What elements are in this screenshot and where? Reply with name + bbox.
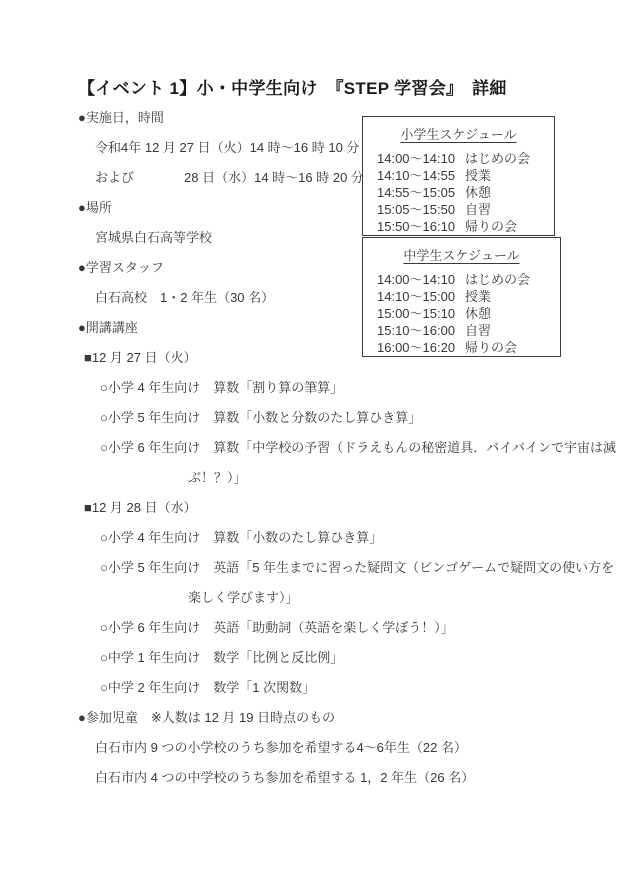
- schedule-row: 15:00～15:10休憩: [377, 305, 560, 322]
- schedule-time: 15:50～16:10: [377, 218, 465, 235]
- schedule-row: 14:00～14:10はじめの会: [377, 271, 560, 288]
- schedule-activity: 授業: [465, 288, 491, 305]
- participants-junior-high: 白石市内 4 つの中学校のうち参加を希望する 1，2 年生（26 名）: [0, 763, 630, 793]
- heading-participants: ●参加児童 ※人数は 12 月 19 日時点のもの: [0, 703, 630, 733]
- schedule-time: 14:10～14:55: [377, 167, 465, 184]
- course-item-continuation: 楽しく学びます）」: [0, 583, 630, 613]
- document-title: 【イベント 1】小・中学生向け 『STEP 学習会』 詳細: [78, 74, 507, 99]
- elementary-schedule-title: 小学生スケジュール: [363, 124, 554, 143]
- schedule-activity: 休憩: [465, 305, 491, 322]
- course-item: ○小学 6 年生向け 算数「中学校の予習（ドラえもんの秘密道具．バイバインで宇宙…: [0, 433, 630, 463]
- datetime-day2-main: 28 日（水）14 時～16 時 20 分: [184, 170, 364, 185]
- schedule-time: 14:00～14:10: [377, 271, 465, 288]
- schedule-row: 15:05～15:50自習: [377, 201, 554, 218]
- schedule-row: 14:00～14:10はじめの会: [377, 150, 554, 167]
- schedule-activity: 自習: [465, 322, 491, 339]
- schedule-time: 14:55～15:05: [377, 184, 465, 201]
- schedule-row: 15:50～16:10帰りの会: [377, 218, 554, 235]
- schedule-activity: 自習: [465, 201, 491, 218]
- course-item: ○小学 5 年生向け 算数「小数と分数のたし算ひき算」: [0, 403, 630, 433]
- junior-high-schedule-rows: 14:00～14:10はじめの会 14:10～15:00授業 15:00～15:…: [363, 271, 560, 356]
- datetime-day2-prefix: および: [95, 170, 134, 185]
- schedule-row: 14:10～15:00授業: [377, 288, 560, 305]
- course-item: ○小学 4 年生向け 算数「小数のたし算ひき算」: [0, 523, 630, 553]
- schedule-time: 15:10～16:00: [377, 322, 465, 339]
- schedule-activity: 授業: [465, 167, 491, 184]
- course-item: ○小学 4 年生向け 算数「割り算の筆算」: [0, 373, 630, 403]
- schedule-activity: はじめの会: [465, 271, 530, 288]
- schedule-row: 15:10～16:00自習: [377, 322, 560, 339]
- schedule-activity: 帰りの会: [465, 339, 517, 356]
- schedule-row: 14:55～15:05休憩: [377, 184, 554, 201]
- course-item-continuation: ぶ！？）」: [0, 463, 630, 493]
- course-item: ○中学 2 年生向け 数学「1 次関数」: [0, 673, 630, 703]
- courses-day2-heading: ■12 月 28 日（水）: [0, 493, 630, 523]
- course-item: ○小学 5 年生向け 英語「5 年生までに習った疑問文（ビンゴゲームで疑問文の使…: [0, 553, 630, 583]
- junior-high-schedule-box: 中学生スケジュール 14:00～14:10はじめの会 14:10～15:00授業…: [362, 237, 561, 357]
- schedule-time: 15:00～15:10: [377, 305, 465, 322]
- participants-elementary: 白石市内 9 つの小学校のうち参加を希望する4～6年生（22 名）: [0, 733, 630, 763]
- elementary-schedule-box: 小学生スケジュール 14:00～14:10はじめの会 14:10～14:55授業…: [362, 116, 555, 236]
- course-item: ○中学 1 年生向け 数学「比例と反比例」: [0, 643, 630, 673]
- schedule-row: 14:10～14:55授業: [377, 167, 554, 184]
- schedule-time: 15:05～15:50: [377, 201, 465, 218]
- schedule-activity: 帰りの会: [465, 218, 517, 235]
- course-item: ○小学 6 年生向け 英語「助動詞（英語を楽しく学ぼう！）」: [0, 613, 630, 643]
- document-page: 【イベント 1】小・中学生向け 『STEP 学習会』 詳細 ●実施日，時間 令和…: [0, 0, 630, 893]
- schedule-time: 14:10～15:00: [377, 288, 465, 305]
- schedule-time: 14:00～14:10: [377, 150, 465, 167]
- schedule-row: 16:00～16:20帰りの会: [377, 339, 560, 356]
- schedule-activity: 休憩: [465, 184, 491, 201]
- elementary-schedule-rows: 14:00～14:10はじめの会 14:10～14:55授業 14:55～15:…: [363, 150, 554, 235]
- junior-high-schedule-title: 中学生スケジュール: [363, 245, 560, 264]
- schedule-time: 16:00～16:20: [377, 339, 465, 356]
- schedule-activity: はじめの会: [465, 150, 530, 167]
